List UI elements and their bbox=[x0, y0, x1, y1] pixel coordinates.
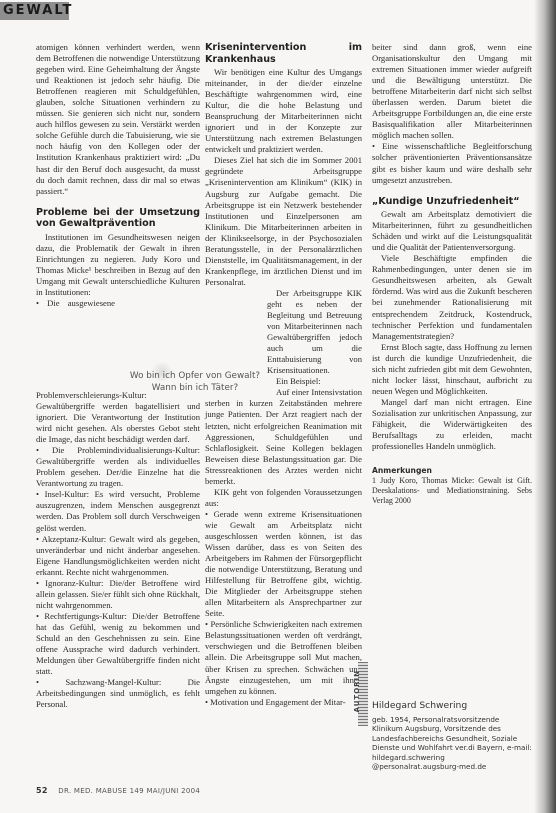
left-heading: Probleme bei der Umsetzung von Gewaltprä… bbox=[36, 207, 200, 230]
issue-date: MAI/JUNI 2004 bbox=[146, 787, 200, 795]
page-footer: 52 DR. MED. MABUSE 149 MAI/JUNI 2004 bbox=[36, 786, 200, 795]
middle-paragraph: Wir benötigen eine Kultur des Umgangs mi… bbox=[205, 67, 362, 155]
middle-heading: Krisenintervention im Krankenhaus bbox=[205, 42, 362, 65]
list-item: Eine wissenschaftliche Begleitforschung … bbox=[372, 141, 532, 185]
list-item: Akzeptanz-Kultur: Gewalt wird als gegebe… bbox=[36, 534, 200, 578]
publication-name: DR. MED. MABUSE 149 bbox=[58, 787, 144, 795]
list-item: Rechtfertigungs-Kultur: Die/der Betroffe… bbox=[36, 611, 200, 677]
middle-column: Krisenintervention im Krankenhaus Wir be… bbox=[205, 42, 362, 708]
page-number: 52 bbox=[36, 786, 48, 795]
right-paragraph: Mangel darf man nicht ertragen. Eine Soz… bbox=[372, 397, 532, 452]
middle-paragraph: Auf einer Intensivstation sterben in kur… bbox=[205, 387, 362, 486]
list-item: Motivation und Engagement der Mitar- bbox=[205, 697, 362, 708]
notes-title: Anmerkungen bbox=[372, 466, 532, 476]
pull-quote-wrap-space bbox=[205, 288, 267, 390]
footnote: 1 Judy Koro, Thomas Micke: Gewalt ist Gi… bbox=[372, 476, 532, 506]
right-paragraph: Ernst Bloch sagte, dass Hoffnung zu lern… bbox=[372, 342, 532, 397]
list-item: Sachzwang-Mangel-Kultur: Die Arbeitsbedi… bbox=[36, 677, 200, 710]
list-item: Ignoranz-Kultur: Die/der Betroffene wird… bbox=[36, 578, 200, 611]
list-item: Persönliche Schwierigkeiten nach extreme… bbox=[205, 619, 362, 696]
author-box: AUTORIN Hildegard Schwering geb. 1954, P… bbox=[372, 700, 532, 771]
page-binding-shadow bbox=[534, 0, 556, 813]
right-column: beiter sind dann groß, wenn eine Organis… bbox=[372, 42, 532, 506]
left-intro-paragraph: atomigen können verhindert werden, wenn … bbox=[36, 42, 200, 197]
author-name: Hildegard Schwering bbox=[372, 700, 532, 711]
right-paragraph: Viele Beschäftigte empfinden die Rahmenb… bbox=[372, 253, 532, 341]
right-paragraph: Gewalt am Arbeitsplatz demotiviert die M… bbox=[372, 209, 532, 253]
list-item: Insel-Kultur: Es wird versucht, Probleme… bbox=[36, 489, 200, 533]
right-intro-paragraph: beiter sind dann groß, wenn eine Organis… bbox=[372, 42, 532, 141]
right-heading: „Kundige Unzufriedenheit“ bbox=[372, 196, 532, 208]
middle-paragraph: KIK geht von folgenden Voraussetzungen a… bbox=[205, 487, 362, 509]
left-paragraph: Institutionen im Gesundheitswesen neigen… bbox=[36, 232, 200, 298]
author-bio: geb. 1954, Personalratsvorsitzende Klini… bbox=[372, 715, 532, 771]
middle-paragraph: Dieses Ziel hat sich die im Sommer 2001 … bbox=[205, 155, 362, 288]
list-item: Die Problemindividualisierungs-Kultur: G… bbox=[36, 445, 200, 489]
list-item: Gerade wenn extreme Krisensituationen wi… bbox=[205, 509, 362, 619]
section-tag: GEWALT bbox=[0, 2, 69, 20]
author-tag-label: AUTORIN bbox=[353, 670, 361, 712]
